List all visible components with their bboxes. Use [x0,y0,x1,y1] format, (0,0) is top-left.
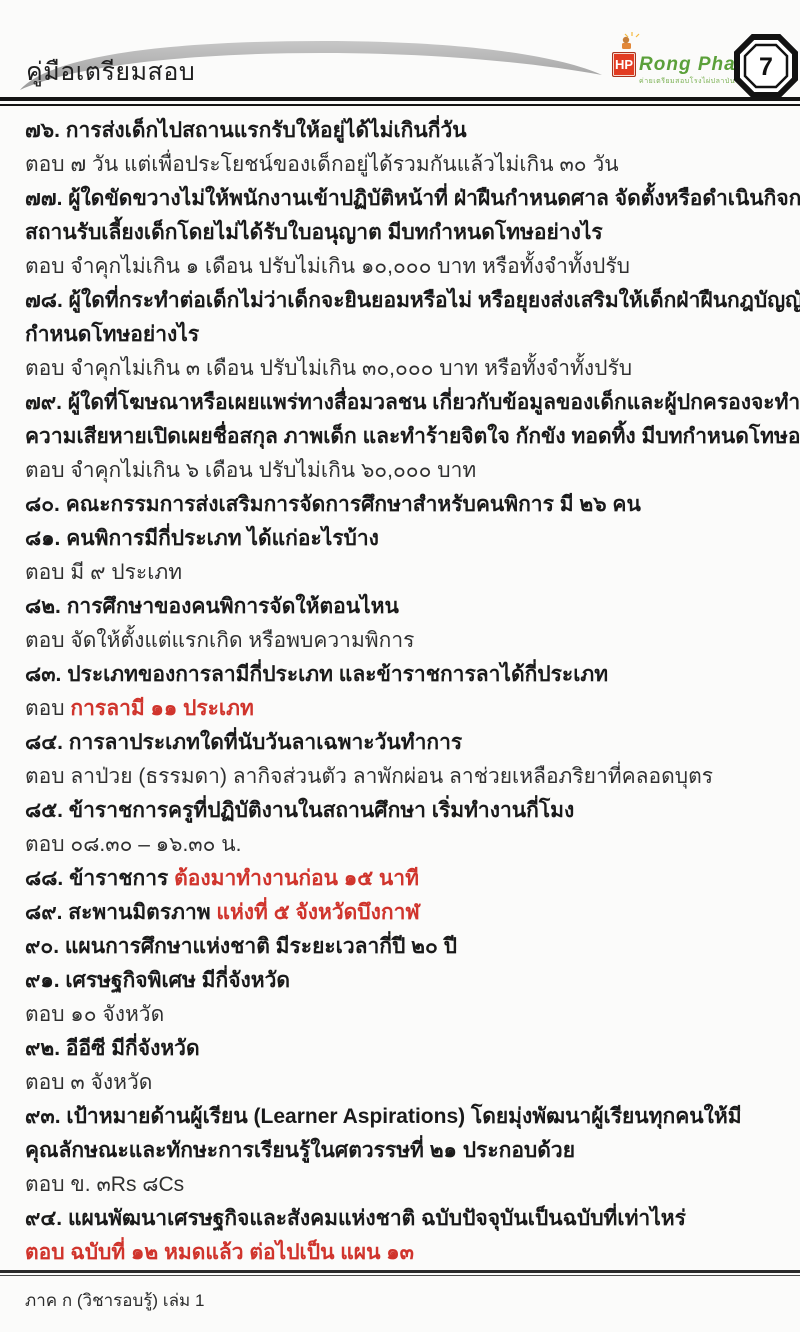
highlighted-answer-text: การลามี ๑๑ ประเภท [70,697,253,720]
text-line: ตอบ จำคุกไม่เกิน ๓ เดือน ปรับไม่เกิน ๓๐,… [25,352,795,386]
answer-text: ตอบ [25,697,70,720]
answer-text: ตอบ จำคุกไม่เกิน ๓ เดือน ปรับไม่เกิน ๓๐,… [25,357,632,380]
question-text: ๘๑. คนพิการมีกี่ประเภท ได้แก่อะไรบ้าง [25,527,379,550]
answer-text: ตอบ ลาป่วย (ธรรมดา) ลากิจส่วนตัว ลาพักผ่… [25,765,713,788]
page-title: คู่มือเตรียมสอบ [26,52,195,92]
text-line: ๘๘. ข้าราชการ ต้องมาทำงานก่อน ๑๕ นาที [25,862,795,896]
publisher-logo: HP Rong Phai ค่ายเตรียมสอบโรงไผ่ปลาป่น [612,46,742,87]
highlighted-answer-text: แห่งที่ ๕ จังหวัดบึงกาฬ [216,901,419,924]
question-text: สถานรับเลี้ยงเด็กโดยไม่ได้รับใบอนุญาต มี… [25,221,603,244]
hp-logo-text: HP [615,57,633,72]
question-text: ๘๘. ข้าราชการ [25,867,174,890]
question-text: ๙๑. เศรษฐกิจพิเศษ มีกี่จังหวัด [25,969,290,992]
answer-text: ตอบ จัดให้ตั้งแต่แรกเกิด หรือพบความพิการ [25,629,414,652]
footer-divider [0,1270,800,1276]
text-line: ๘๕. ข้าราชการครูที่ปฏิบัติงานในสถานศึกษา… [25,794,795,828]
header-divider [0,97,800,106]
question-text: ๙๔. แผนพัฒนาเศรษฐกิจและสังคมแห่งชาติ ฉบั… [25,1207,686,1230]
text-line: ๙๒. อีอีซี มีกี่จังหวัด [25,1032,795,1066]
text-line: ตอบ ฉบับที่ ๑๒ หมดแล้ว ต่อไปเป็น แผน ๑๓ [25,1236,795,1270]
question-text: ๙๒. อีอีซี มีกี่จังหวัด [25,1037,200,1060]
hp-logo-icon: HP [612,52,636,77]
question-text: ๙๓. เป้าหมายด้านผู้เรียน (Learner Aspira… [25,1105,742,1128]
question-text: ๗๙. ผู้ใดที่โฆษณาหรือเผยแพร่ทางสื่อมวลชน… [25,391,800,414]
text-line: ๘๒. การศึกษาของคนพิการจัดให้ตอนไหน [25,590,795,624]
page-number: 7 [759,53,773,81]
answer-text: ตอบ ๗ วัน แต่เพื่อประโยชน์ของเด็กอยู่ได้… [25,153,619,176]
question-text: ๘๙. สะพานมิตรภาพ [25,901,216,924]
text-line: ๘๑. คนพิการมีกี่ประเภท ได้แก่อะไรบ้าง [25,522,795,556]
text-line: ๗๖. การส่งเด็กไปสถานแรกรับให้อยู่ได้ไม่เ… [25,114,795,148]
text-line: ๗๗. ผู้ใดขัดขวางไม่ให้พนักงานเข้าปฏิบัติ… [25,182,795,216]
text-line: ๙๐. แผนการศึกษาแห่งชาติ มีระยะเวลากี่ปี … [25,930,795,964]
text-line: ความเสียหายเปิดเผยชื่อสกุล ภาพเด็ก และทำ… [25,420,795,454]
text-line: คุณลักษณะและทักษะการเรียนรู้ในศตวรรษที่ … [25,1134,795,1168]
text-line: ตอบ มี ๙ ประเภท [25,556,795,590]
page-number-badge: 7 [734,34,798,98]
answer-text: ตอบ ๐๘.๓๐ – ๑๖.๓๐ น. [25,833,241,856]
text-line: ตอบ การลามี ๑๑ ประเภท [25,692,795,726]
question-text: ๗๗. ผู้ใดขัดขวางไม่ให้พนักงานเข้าปฏิบัติ… [25,187,800,210]
text-line: ๘๙. สะพานมิตรภาพ แห่งที่ ๕ จังหวัดบึงกาฬ [25,896,795,930]
answer-text: ตอบ จำคุกไม่เกิน ๖ เดือน ปรับไม่เกิน ๖๐,… [25,459,476,482]
text-line: ๘๓. ประเภทของการลามีกี่ประเภท และข้าราชก… [25,658,795,692]
text-line: ตอบ ๐๘.๓๐ – ๑๖.๓๐ น. [25,828,795,862]
answer-text: ตอบ ๑๐ จังหวัด [25,1003,164,1026]
question-text: กำหนดโทษอย่างไร [25,323,199,346]
text-line: ตอบ ๓ จังหวัด [25,1066,795,1100]
question-text: ๘๐. คณะกรรมการส่งเสริมการจัดการศึกษาสำหร… [25,493,641,516]
text-line: ตอบ ๗ วัน แต่เพื่อประโยชน์ของเด็กอยู่ได้… [25,148,795,182]
highlighted-answer-text: ตอบ ฉบับที่ ๑๒ หมดแล้ว ต่อไปเป็น แผน ๑๓ [25,1241,414,1264]
text-line: ตอบ จำคุกไม่เกิน ๑ เดือน ปรับไม่เกิน ๑๐,… [25,250,795,284]
text-line: ตอบ ลาป่วย (ธรรมดา) ลากิจส่วนตัว ลาพักผ่… [25,760,795,794]
question-text: ๘๓. ประเภทของการลามีกี่ประเภท และข้าราชก… [25,663,608,686]
document-page: คู่มือเตรียมสอบ HP Rong Phai ค่ายเตรียมส… [0,0,800,1332]
question-text: ๘๒. การศึกษาของคนพิการจัดให้ตอนไหน [25,595,399,618]
question-text: ๙๐. แผนการศึกษาแห่งชาติ มีระยะเวลากี่ปี … [25,935,457,958]
text-line: ๘๔. การลาประเภทใดที่นับวันลาเฉพาะวันทำกา… [25,726,795,760]
answer-text: ตอบ ๓ จังหวัด [25,1071,152,1094]
text-line: กำหนดโทษอย่างไร [25,318,795,352]
answer-text: ตอบ จำคุกไม่เกิน ๑ เดือน ปรับไม่เกิน ๑๐,… [25,255,630,278]
question-text: คุณลักษณะและทักษะการเรียนรู้ในศตวรรษที่ … [25,1139,575,1162]
question-text: ๘๕. ข้าราชการครูที่ปฏิบัติงานในสถานศึกษา… [25,799,574,822]
text-line: ตอบ ๑๐ จังหวัด [25,998,795,1032]
text-line: ๗๙. ผู้ใดที่โฆษณาหรือเผยแพร่ทางสื่อมวลชน… [25,386,795,420]
text-line: สถานรับเลี้ยงเด็กโดยไม่ได้รับใบอนุญาต มี… [25,216,795,250]
highlighted-answer-text: ต้องมาทำงานก่อน ๑๕ นาที [174,867,419,890]
question-text: ๗๘. ผู้ใดที่กระทำต่อเด็กไม่ว่าเด็กจะยินย… [25,289,800,312]
text-line: ๘๐. คณะกรรมการส่งเสริมการจัดการศึกษาสำหร… [25,488,795,522]
question-text: ความเสียหายเปิดเผยชื่อสกุล ภาพเด็ก และทำ… [25,425,800,448]
text-line: ๗๘. ผู้ใดที่กระทำต่อเด็กไม่ว่าเด็กจะยินย… [25,284,795,318]
answer-text: ตอบ ข. ๓Rs ๘Cs [25,1173,184,1196]
text-line: ๙๔. แผนพัฒนาเศรษฐกิจและสังคมแห่งชาติ ฉบั… [25,1202,795,1236]
text-line: ตอบ จัดให้ตั้งแต่แรกเกิด หรือพบความพิการ [25,624,795,658]
mascot-icon [616,32,642,50]
qa-content: ๗๖. การส่งเด็กไปสถานแรกรับให้อยู่ได้ไม่เ… [25,114,795,1270]
text-line: ๙๑. เศรษฐกิจพิเศษ มีกี่จังหวัด [25,964,795,998]
question-text: ๗๖. การส่งเด็กไปสถานแรกรับให้อยู่ได้ไม่เ… [25,119,467,142]
question-text: ๘๔. การลาประเภทใดที่นับวันลาเฉพาะวันทำกา… [25,731,462,754]
footer-label: ภาค ก (วิชารอบรู้) เล่ม 1 [25,1287,204,1314]
logo-name: Rong Phai [639,54,742,76]
text-line: ๙๓. เป้าหมายด้านผู้เรียน (Learner Aspira… [25,1100,795,1134]
answer-text: ตอบ มี ๙ ประเภท [25,561,182,584]
text-line: ตอบ จำคุกไม่เกิน ๖ เดือน ปรับไม่เกิน ๖๐,… [25,454,795,488]
logo-tagline: ค่ายเตรียมสอบโรงไผ่ปลาป่น [639,76,742,87]
text-line: ตอบ ข. ๓Rs ๘Cs [25,1168,795,1202]
